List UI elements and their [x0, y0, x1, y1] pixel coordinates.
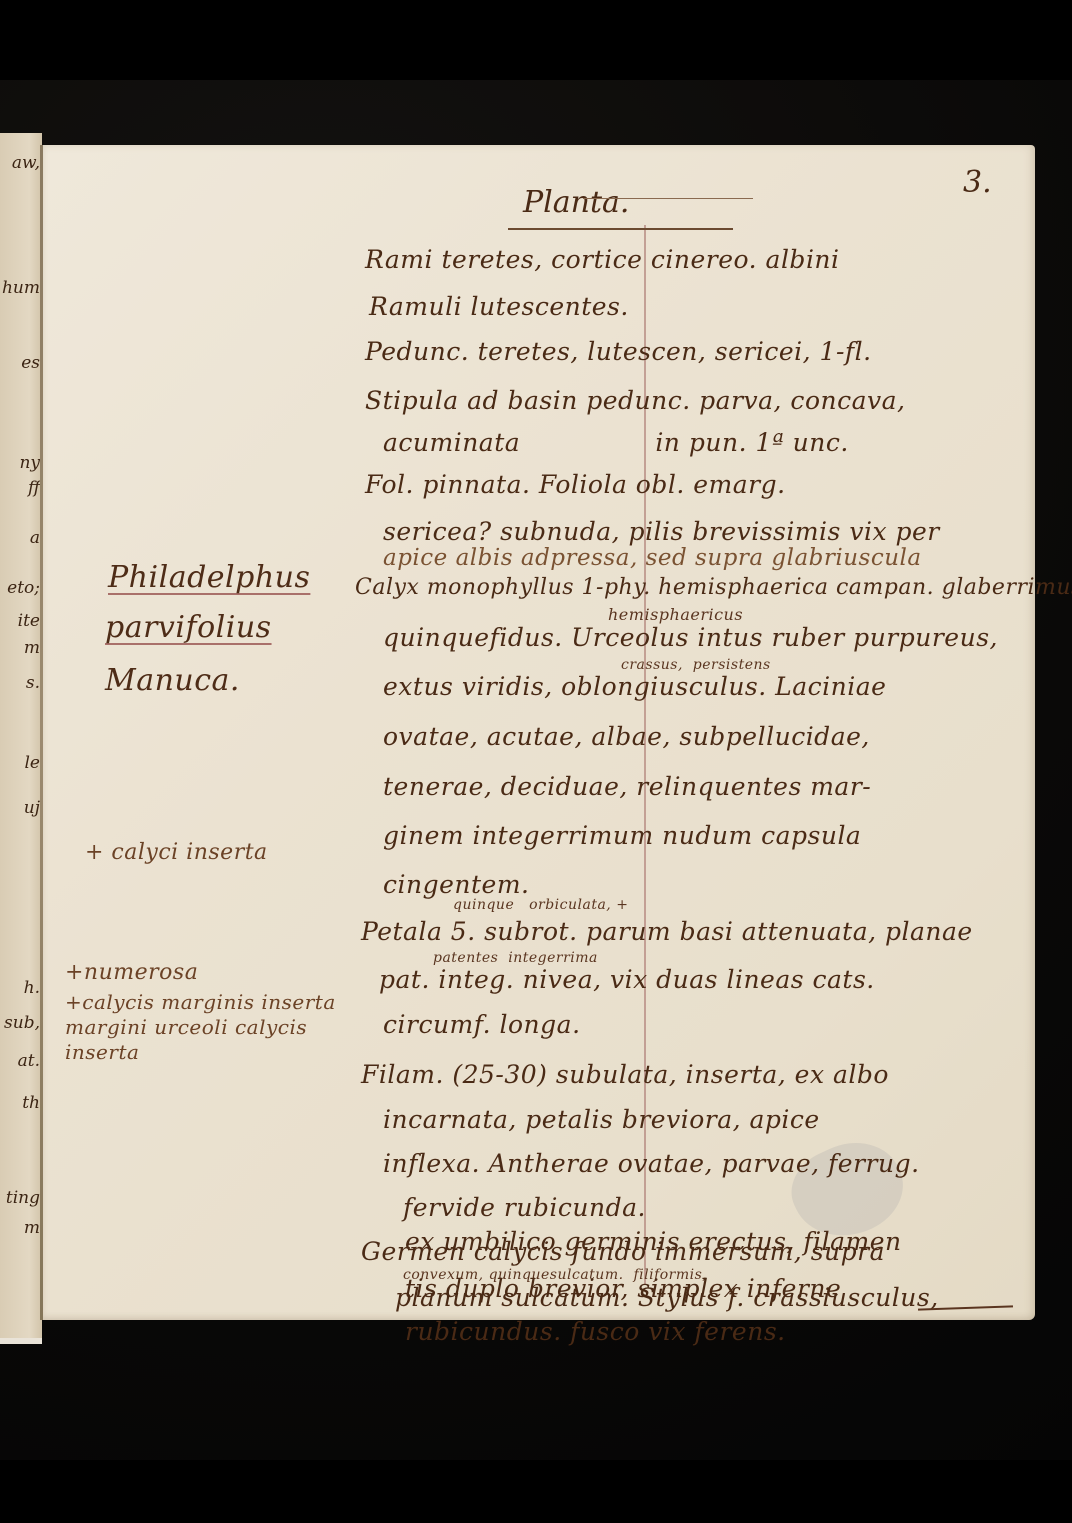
facing-fragment: m [0, 1218, 42, 1238]
manuscript-page: 3. Planta. Rami teretes, cortice cinereo… [43, 145, 1035, 1320]
margin-common-name: Manuca. [105, 663, 240, 698]
facing-fragment: h. [0, 978, 42, 998]
text-line: inflexa. Antherae ovatae, parvae, ferrug… [383, 1149, 920, 1178]
facing-fragment: aw, [0, 153, 42, 173]
text-line: Petala 5. subrot. parum basi attenuata, … [361, 917, 973, 946]
scan-background-top [0, 0, 1072, 80]
facing-fragment: ny [0, 453, 42, 473]
interlinear-note: quinque orbiculata, + [453, 897, 628, 913]
facing-fragment: eto; [0, 578, 42, 598]
facing-fragment: m [0, 638, 42, 658]
text-line: Pedunc. teretes, lutescen, sericei, 1-fl… [365, 337, 872, 366]
facing-page-edge: aw, hum es ny ff a eto; ite m s. le uj h… [0, 133, 42, 1344]
facing-fragment: at. [0, 1051, 42, 1071]
margin-note: inserta [65, 1040, 139, 1064]
facing-fragment: a [0, 528, 42, 548]
text-line: Rami teretes, cortice cinereo. albini [365, 245, 840, 274]
interlinear-note: hemisphaericus [608, 605, 743, 624]
facing-fragment: s. [0, 673, 42, 693]
facing-fragment: ite [0, 611, 42, 631]
text-line: pat. integ. nivea, vix duas lineas cats. [379, 965, 875, 994]
facing-fragment: es [0, 353, 42, 373]
title-underline-upper [583, 198, 753, 199]
text-line: fervide rubicunda. [403, 1193, 646, 1222]
title-underline [508, 228, 733, 230]
text-line: quinquefidus. Urceolus intus ruber purpu… [383, 623, 998, 652]
margin-species-epithet: parvifolius [105, 610, 272, 645]
interlinear-note: patentes integerrima [433, 950, 598, 966]
text-line: incarnata, petalis breviora, apice [383, 1105, 820, 1134]
text-line: tis duplo brevior, simplex inferne [405, 1274, 841, 1303]
facing-fragment: uj [0, 798, 42, 818]
facing-fragment: sub, [0, 1013, 42, 1033]
text-line: ovatae, acutae, albae, subpellucidae, [383, 722, 870, 751]
facing-fragment: ting [0, 1188, 42, 1208]
margin-note: +numerosa [65, 960, 198, 985]
page-title: Planta. [523, 185, 629, 220]
interlinear-note: crassus, persistens [621, 657, 771, 673]
facing-fragment: ff [0, 478, 42, 498]
text-line: ex umbilico germinis erectus, filamen [405, 1227, 902, 1256]
facing-fragment: le [0, 753, 42, 773]
margin-note: + calyci inserta [85, 840, 268, 865]
text-line: Ramuli lutescentes. [369, 292, 629, 321]
facing-fragment: hum [0, 278, 42, 298]
text-line: sericea? subnuda, pilis brevissimis vix … [383, 517, 940, 546]
text-line: acuminata in pun. 1ª unc. [383, 428, 849, 457]
margin-species-name: Philadelphus [108, 560, 310, 595]
text-line: Fol. pinnata. Foliola obl. emarg. [365, 470, 786, 499]
text-line: extus viridis, oblongiusculus. Laciniae [383, 672, 886, 701]
text-line: apice albis adpressa, sed supra glabrius… [383, 545, 922, 571]
text-line: Stipula ad basin pedunc. parva, concava, [365, 386, 905, 415]
margin-note: +calycis marginis inserta [65, 990, 336, 1014]
text-line: ginem integerrimum nudum capsula [383, 821, 861, 850]
margin-note: margini urceoli calycis [65, 1015, 307, 1039]
text-line: rubicundus. fusco vix ferens. [405, 1317, 786, 1346]
text-line: Calyx monophyllus 1-phy. hemisphaerica c… [355, 575, 1072, 600]
facing-fragment: th [0, 1093, 42, 1113]
scan-background-bottom [0, 1460, 1072, 1523]
text-line: circumf. longa. [383, 1010, 581, 1039]
text-line: Filam. (25-30) subulata, inserta, ex alb… [361, 1060, 889, 1089]
text-line: tenerae, deciduae, relinquentes mar- [383, 772, 871, 801]
page-number: 3. [963, 165, 992, 200]
text-line: cingentem. [383, 870, 530, 899]
